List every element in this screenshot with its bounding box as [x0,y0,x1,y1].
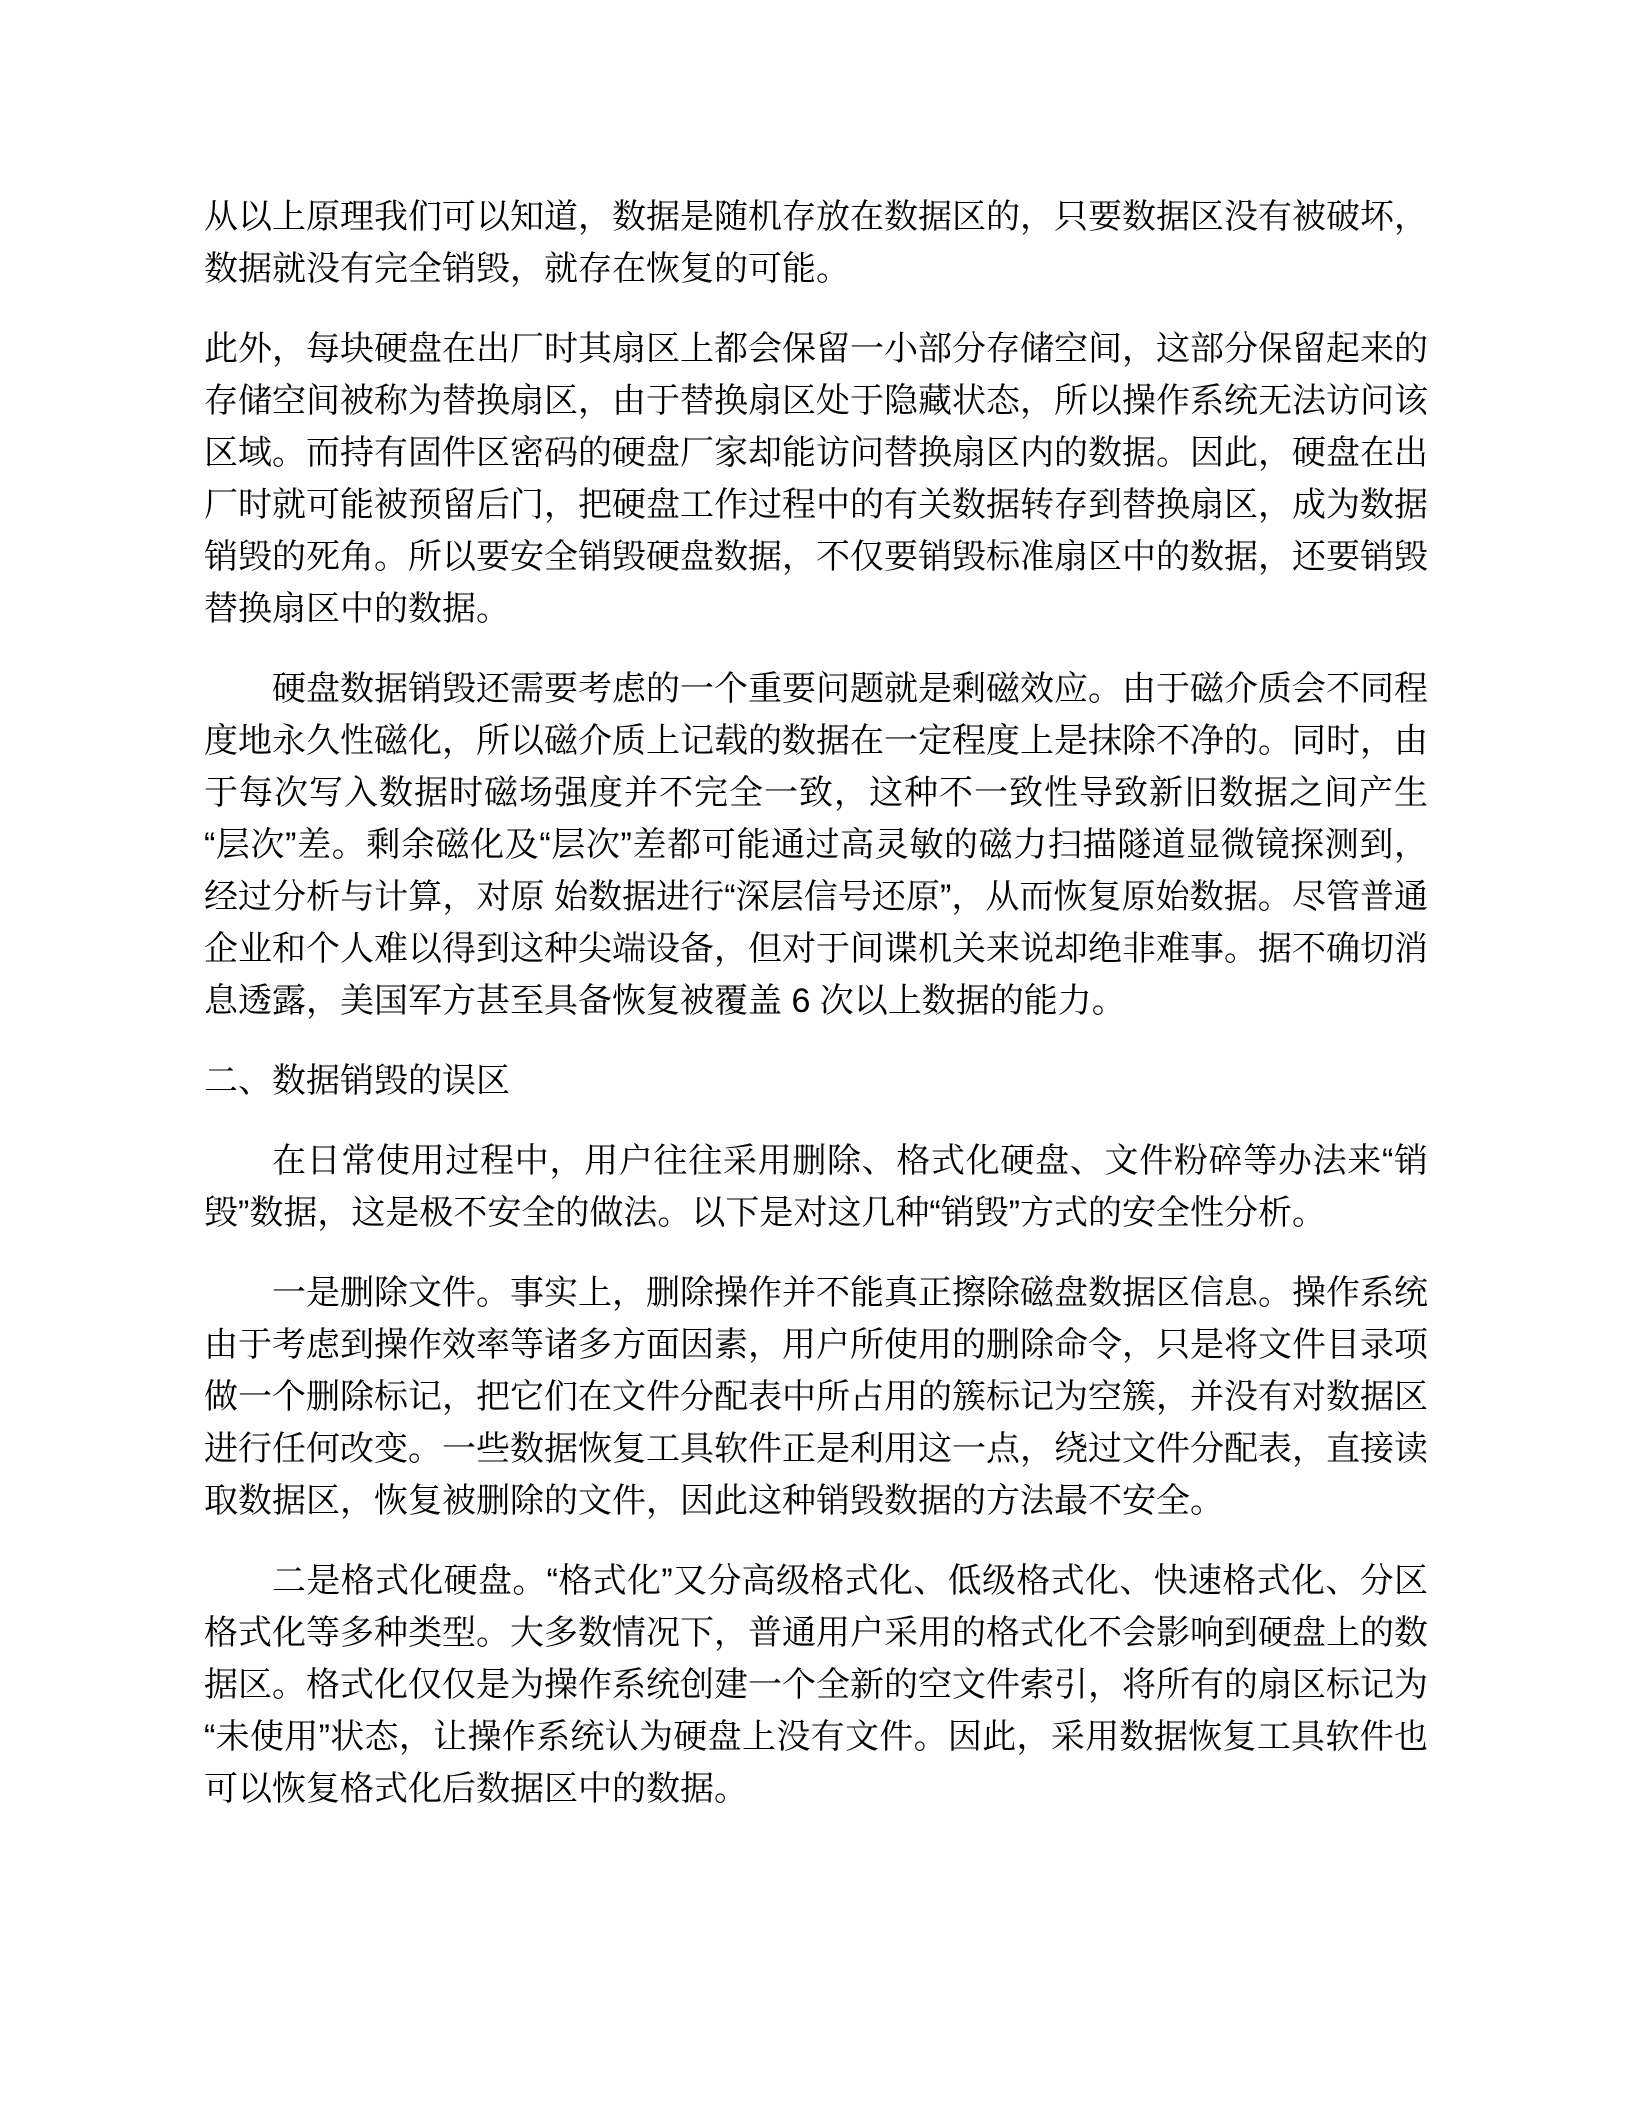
paragraph-replacement-sectors: 此外，每块硬盘在出厂时其扇区上都会保留一小部分存储空间，这部分保留起来的存储空间… [204,323,1428,635]
paragraph-method-delete-files: 一是删除文件。事实上，删除操作并不能真正擦除磁盘数据区信息。操作系统由于考虑到操… [204,1267,1428,1527]
paragraph-common-unsafe-methods: 在日常使用过程中，用户往往采用删除、格式化硬盘、文件粉碎等办法来“销毁”数据，这… [204,1135,1428,1239]
document-page: 从以上原理我们可以知道，数据是随机存放在数据区的，只要数据区没有被破坏，数据就没… [0,0,1632,2112]
paragraph-method-format-disk: 二是格式化硬盘。“格式化”又分高级格式化、低级格式化、快速格式化、分区格式化等多… [204,1555,1428,1815]
paragraph-residual-magnetism: 硬盘数据销毁还需要考虑的一个重要问题就是剩磁效应。由于磁介质会不同程度地永久性磁… [204,663,1428,1027]
section-heading-data-destruction-misconceptions: 二、数据销毁的误区 [204,1055,1428,1107]
paragraph-data-recoverable: 从以上原理我们可以知道，数据是随机存放在数据区的，只要数据区没有被破坏，数据就没… [204,191,1428,295]
